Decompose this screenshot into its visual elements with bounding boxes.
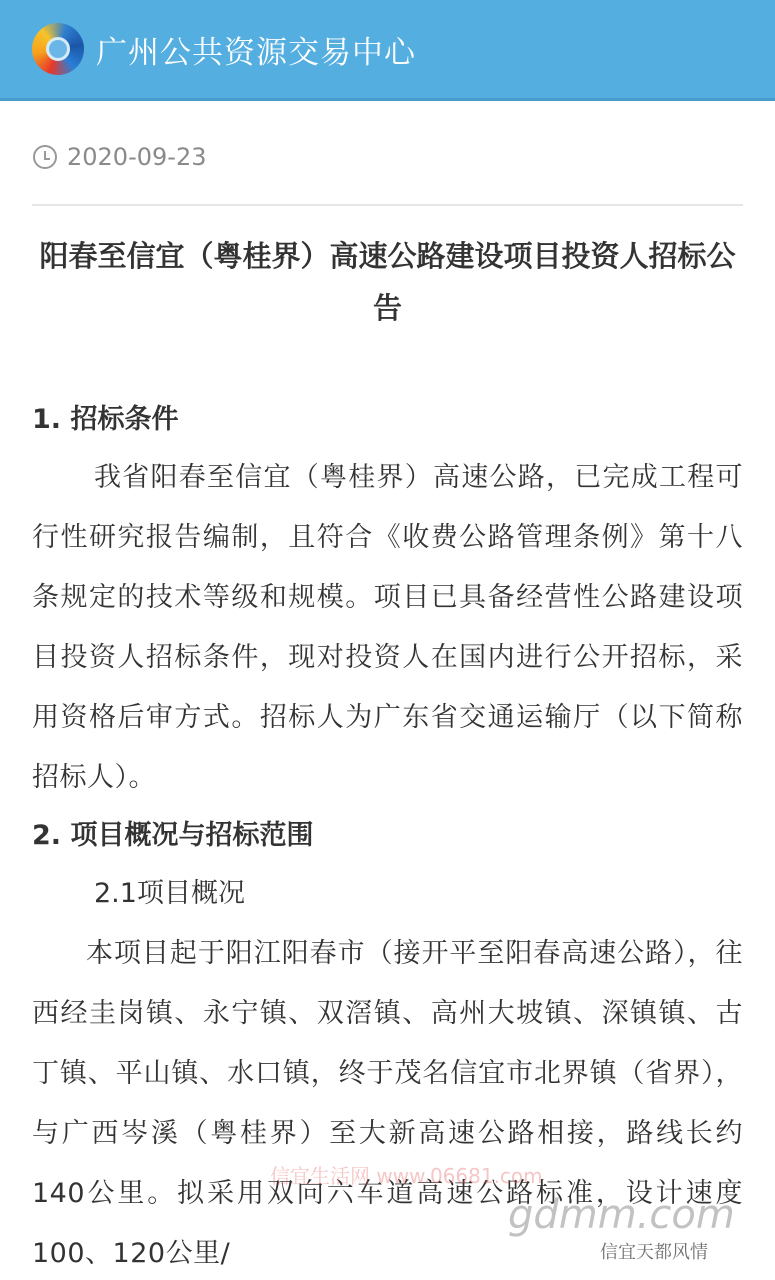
publish-date: 2020-09-23 [67, 143, 206, 171]
section-heading-2: 2. 项目概况与招标范围 [32, 808, 743, 864]
section-heading-1: 1. 招标条件 [32, 392, 743, 448]
site-header: 广州公共资源交易中心 [0, 0, 775, 101]
site-title[interactable]: 广州公共资源交易中心 [96, 27, 416, 72]
section-paragraph-2: 本项目起于阳江阳春市（接开平至阳春高速公路），往西经圭岗镇、永宁镇、双滘镇、高州… [32, 924, 743, 1280]
section-paragraph-1: 我省阳春至信宜（粤桂界）高速公路，已完成工程可行性研究报告编制，且符合《收费公路… [32, 448, 743, 808]
article-title: 阳春至信宜（粤桂界）高速公路建设项目投资人招标公告 [36, 230, 739, 334]
publish-date-row: 2020-09-23 [0, 101, 775, 175]
site-logo-icon[interactable] [32, 23, 84, 75]
divider [32, 204, 743, 206]
section-subheading-2-1: 2.1项目概况 [32, 864, 743, 924]
article-body: 1. 招标条件 我省阳春至信宜（粤桂界）高速公路，已完成工程可行性研究报告编制，… [0, 334, 775, 1280]
clock-icon [33, 145, 57, 169]
